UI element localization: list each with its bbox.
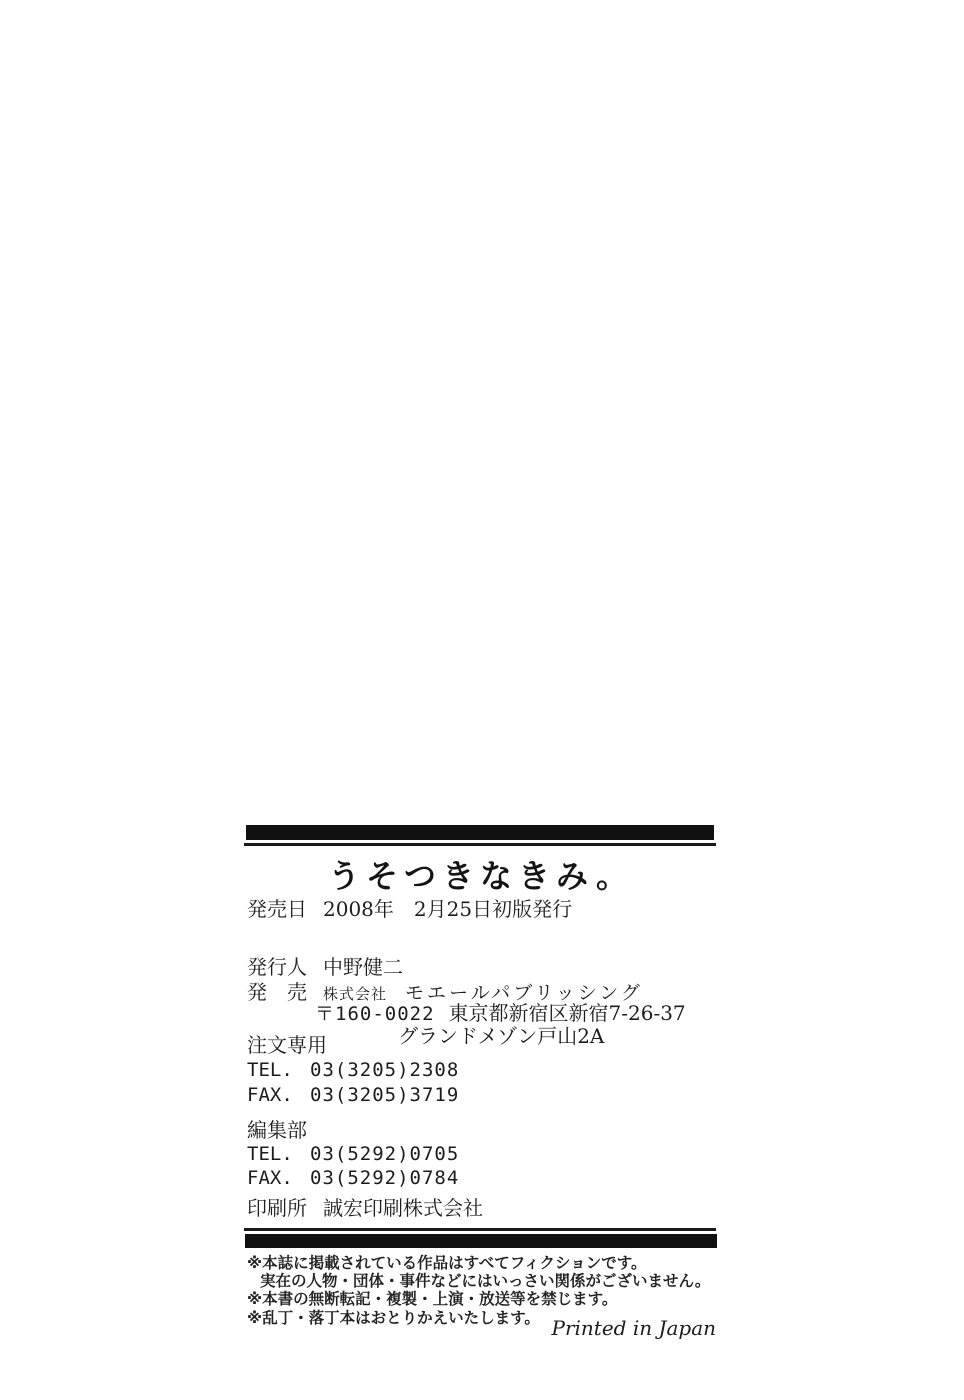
top-black-bar [246, 825, 714, 840]
order-tel-number: 03(3205)2308 [310, 1059, 459, 1081]
order-tel-line: TEL.03(3205)2308 [247, 1058, 459, 1081]
editorial-fax-number: 03(5292)0784 [310, 1167, 459, 1189]
bottom-thin-rule [244, 1228, 716, 1231]
order-tel-label: TEL. [247, 1059, 310, 1081]
sales-label: 発 売 [247, 981, 307, 1003]
address-street: 東京都新宿区新宿7-26-37 [449, 1001, 686, 1025]
printer-name: 誠宏印刷株式会社 [323, 1196, 483, 1220]
disclaimer-line: 実在の人物・団体・事件などにはいっさい関係がございません。 [247, 1272, 710, 1290]
release-date-label: 発売日 [247, 898, 307, 920]
printer-line: 印刷所誠宏印刷株式会社 [247, 1197, 483, 1219]
printed-in-japan-label: Printed in Japan [551, 1316, 716, 1340]
editorial-fax-label: FAX. [247, 1167, 310, 1189]
release-date-line: 発売日2008年 2月25日初版発行 [247, 898, 572, 920]
issuer-line: 発行人中野健二 [247, 956, 403, 978]
release-date-value: 2008年 2月25日初版発行 [323, 897, 572, 921]
issuer-name: 中野健二 [323, 955, 403, 979]
disclaimer-line: ※本誌に掲載されている作品はすべてフィクションです。 [247, 1254, 710, 1272]
order-fax-label: FAX. [247, 1084, 310, 1106]
address-building: グランドメゾン戸山2A [398, 1024, 604, 1048]
postal-code: 〒160-0022 [315, 1003, 435, 1025]
editorial-heading: 編集部 [247, 1119, 307, 1141]
address-line-2: グランドメゾン戸山2A [398, 1025, 604, 1047]
order-fax-number: 03(3205)3719 [310, 1084, 459, 1106]
address-line-1: 〒160-0022東京都新宿区新宿7-26-37 [315, 1002, 686, 1025]
editorial-heading-label: 編集部 [247, 1118, 307, 1142]
order-fax-line: FAX.03(3205)3719 [247, 1083, 459, 1106]
printer-label: 印刷所 [247, 1197, 307, 1219]
issuer-label: 発行人 [247, 956, 307, 978]
top-thin-rule [244, 843, 716, 846]
editorial-tel-line: TEL.03(5292)0705 [247, 1142, 459, 1165]
order-heading: 注文専用 [247, 1034, 327, 1056]
bottom-black-bar [245, 1234, 717, 1248]
editorial-tel-number: 03(5292)0705 [310, 1143, 459, 1165]
order-heading-label: 注文専用 [247, 1033, 327, 1057]
disclaimer-line: ※本書の無断転記・複製・上演・放送等を禁じます。 [247, 1290, 710, 1308]
editorial-tel-label: TEL. [247, 1143, 310, 1165]
editorial-fax-line: FAX.03(5292)0784 [247, 1166, 459, 1189]
colophon-page: うそつきなきみ。 発売日2008年 2月25日初版発行 発行人中野健二 発 売株… [0, 0, 964, 1400]
book-title: うそつきなきみ。 [247, 851, 715, 897]
